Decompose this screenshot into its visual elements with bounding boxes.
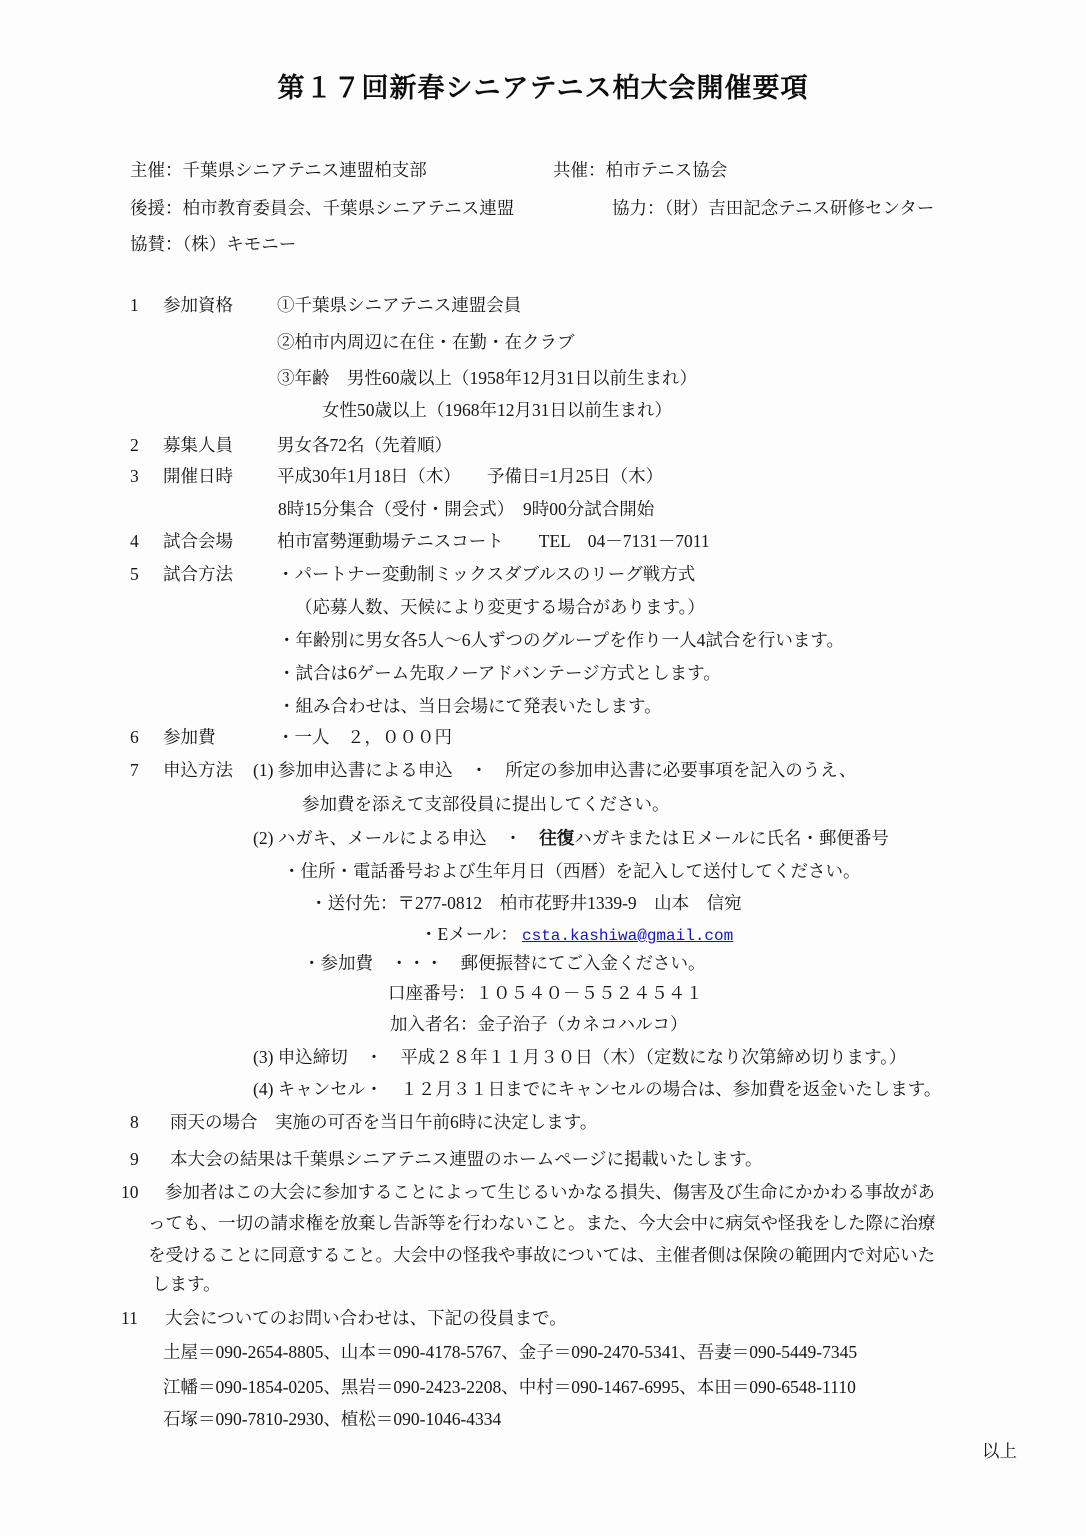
organizer-cooperation: 協力：（財）吉田記念テニス研修センター (612, 196, 934, 220)
item-3-number: 3 (130, 464, 139, 488)
item-4-label: 試合会場 (163, 529, 233, 553)
document-page: 第１７回新春シニアテニス柏大会開催要項 主催：千葉県シニアテニス連盟柏支部 共催… (0, 0, 1086, 1536)
item-5-line-1: ・パートナー変動制ミックスダブルスのリーグ戦方式 (277, 562, 695, 586)
item-5-line-4: ・試合は6ゲーム先取ノーアドバンテージ方式とします。 (278, 661, 721, 685)
organizer-line-1: 主催：千葉県シニアテニス連盟柏支部 共催：柏市テニス協会 (0, 158, 1086, 184)
item-4-row: 4 試合会場 柏市富勢運動場テニスコート TEL 04－7131－7011 (0, 529, 1086, 555)
item-7-continuation: (4) キャンセル・ １２月３１日までにキャンセルの場合は、参加費を返金いたしま… (0, 1077, 1086, 1103)
item-7-email-line: ・Eメール： csta.kashiwa@gmail.com (0, 922, 1086, 948)
item-11-line-1: 大会についてのお問い合わせは、下記の役員まで。 (165, 1306, 567, 1330)
item-7-continuation: ・参加費 ・・・ 郵便振替にてご入金ください。 (0, 951, 1086, 977)
item-10-continuation: っても、一切の請求権を放棄し告訴等を行わないこと。また、今大会中に病気や怪我をし… (0, 1211, 1086, 1237)
item-1-continuation: ②柏市内周辺に在住・在勤・在クラブ (0, 330, 1086, 356)
item-8-row: 8 雨天の場合 実施の可否を当日午前6時に決定します。 (0, 1110, 1086, 1136)
item-7-line-2: 参加費を添えて支部役員に提出してください。 (302, 792, 670, 816)
item-4-number: 4 (130, 529, 139, 553)
item-11-phone-list: 土屋＝090-2654-8805、山本＝090-4178-5767、金子＝090… (0, 1340, 1086, 1366)
item-1-line-3: ③年齢 男性60歳以上（1958年12月31日以前生まれ） (277, 366, 697, 390)
email-link[interactable]: csta.kashiwa@gmail.com (522, 927, 733, 945)
item-1-label: 参加資格 (163, 293, 233, 317)
item-6-line-1: ・一人 ２，０００円 (277, 725, 452, 749)
item-10-row: 10 参加者はこの大会に参加することによって生じるいかなる損失、傷害及び生命にか… (0, 1180, 1086, 1206)
item-7-line-3-rest: ハガキまたはＥメールに氏名・郵便番号 (574, 828, 889, 848)
item-10-continuation: します。 (0, 1272, 1086, 1298)
item-9-row: 9 本大会の結果は千葉県シニアテニス連盟のホームページに掲載いたします。 (0, 1147, 1086, 1173)
item-6-row: 6 参加費 ・一人 ２，０００円 (0, 725, 1086, 751)
item-11-row: 11 大会についてのお問い合わせは、下記の役員まで。 (0, 1306, 1086, 1332)
item-7-line-5: ・送付先：〒277-0812 柏市花野井1339-9 山本 信宛 (310, 891, 742, 915)
item-3-line-2: 8時15分集合（受付・開会式） 9時00分試合開始 (278, 497, 654, 521)
item-7-continuation: (2) ハガキ、メールによる申込 ・ 往復ハガキまたはＥメールに氏名・郵便番号 (0, 826, 1086, 852)
item-5-continuation: ・試合は6ゲーム先取ノーアドバンテージ方式とします。 (0, 661, 1086, 687)
item-7-continuation: ・送付先：〒277-0812 柏市花野井1339-9 山本 信宛 (0, 891, 1086, 917)
page-title: 第１７回新春シニアテニス柏大会開催要項 (0, 66, 1086, 105)
item-9-line-1: 本大会の結果は千葉県シニアテニス連盟のホームページに掲載いたします。 (170, 1147, 763, 1171)
item-1-row: 1 参加資格 ①千葉県シニアテニス連盟会員 (0, 293, 1086, 319)
item-11-phone-list: 江幡＝090-1854-0205、黒岩＝090-2423-2208、中村＝090… (0, 1375, 1086, 1401)
item-3-row: 3 開催日時 平成30年1月18日（木） 予備日=1月25日（木） (0, 464, 1086, 490)
item-7-line-11: (4) キャンセル・ １２月３１日までにキャンセルの場合は、参加費を返金いたしま… (253, 1077, 941, 1101)
item-7-line-3-bold: 往復 (539, 828, 574, 848)
item-1-number: 1 (130, 293, 139, 317)
organizer-support: 後援：柏市教育委員会、千葉県シニアテニス連盟 (130, 196, 514, 220)
organizer-line-3: 協賛：（株）キモニー (0, 232, 1086, 258)
phone-line-1: 土屋＝090-2654-8805、山本＝090-4178-5767、金子＝090… (163, 1340, 857, 1364)
item-7-continuation: 加入者名：金子治子（カネコハルコ） (0, 1012, 1086, 1038)
item-10-number: 10 (121, 1180, 139, 1204)
item-7-account-holder: 加入者名：金子治子（カネコハルコ） (390, 1012, 688, 1036)
item-8-number: 8 (130, 1110, 139, 1134)
item-7-row: 7 申込方法 (1) 参加申込書による申込 ・ 所定の参加申込書に必要事項を記入… (0, 758, 1086, 784)
item-11-number: 11 (121, 1306, 138, 1330)
item-9-number: 9 (130, 1147, 139, 1171)
item-7-continuation: 参加費を添えて支部役員に提出してください。 (0, 792, 1086, 818)
item-3-line-1: 平成30年1月18日（木） 予備日=1月25日（木） (277, 464, 663, 488)
item-5-continuation: ・年齢別に男女各5人～6人ずつのグループを作り一人4試合を行います。 (0, 628, 1086, 654)
organizer-line-2: 後援：柏市教育委員会、千葉県シニアテニス連盟 協力：（財）吉田記念テニス研修セン… (0, 196, 1086, 222)
item-7-account-number: 口座番号：１０５４０－５５２４５４１ (388, 981, 703, 1005)
item-7-label: 申込方法 (163, 758, 233, 782)
item-2-row: 2 募集人員 男女各72名（先着順） (0, 433, 1086, 459)
item-5-line-5: ・組み合わせは、当日会場にて発表いたします。 (278, 694, 662, 718)
item-10-continuation: を受けることに同意すること。大会中の怪我や事故については、主催者側は保険の範囲内… (0, 1243, 1086, 1269)
item-7-line-4: ・住所・電話番号および生年月日（西暦）を記入して送付してください。 (283, 859, 861, 883)
organizer-sponsor: 協賛：（株）キモニー (130, 232, 296, 256)
item-5-continuation: ・組み合わせは、当日会場にて発表いたします。 (0, 694, 1086, 720)
item-7-email-label: ・Eメール： (420, 922, 518, 946)
item-5-label: 試合方法 (163, 562, 233, 586)
organizer-cohost: 共催：柏市テニス協会 (553, 158, 727, 182)
item-11-phone-list: 石塚＝090-7810-2930、植松＝090-1046-4334 (0, 1407, 1086, 1433)
organizer-host: 主催：千葉県シニアテニス連盟柏支部 (130, 158, 427, 182)
item-5-continuation: （応募人数、天候により変更する場合があります。） (0, 595, 1086, 621)
item-7-continuation: 口座番号：１０５４０－５５２４５４１ (0, 981, 1086, 1007)
item-1-continuation: 女性50歳以上（1968年12月31日以前生まれ） (0, 398, 1086, 424)
item-3-label: 開催日時 (163, 464, 233, 488)
item-10-line-4: します。 (152, 1272, 221, 1296)
item-2-number: 2 (130, 433, 139, 457)
item-5-row: 5 試合方法 ・パートナー変動制ミックスダブルスのリーグ戦方式 (0, 562, 1086, 588)
item-6-label: 参加費 (163, 725, 216, 749)
phone-line-3: 石塚＝090-7810-2930、植松＝090-1046-4334 (163, 1407, 501, 1431)
item-7-line-3-pre: (2) ハガキ、メールによる申込 ・ (253, 828, 539, 848)
item-5-line-2: （応募人数、天候により変更する場合があります。） (295, 595, 705, 619)
phone-line-2: 江幡＝090-1854-0205、黒岩＝090-2423-2208、中村＝090… (163, 1375, 856, 1399)
item-1-line-2: ②柏市内周辺に在住・在勤・在クラブ (277, 330, 575, 354)
item-7-continuation: (3) 申込締切 ・ 平成２８年１１月３０日（木）（定数になり次第締め切ります。… (0, 1045, 1086, 1071)
item-8-line-1: 雨天の場合 実施の可否を当日午前6時に決定します。 (170, 1110, 597, 1134)
item-1-continuation: ③年齢 男性60歳以上（1958年12月31日以前生まれ） (0, 366, 1086, 392)
item-1-line-1: ①千葉県シニアテニス連盟会員 (277, 293, 521, 317)
item-2-label: 募集人員 (163, 433, 233, 457)
item-1-line-4: 女性50歳以上（1968年12月31日以前生まれ） (322, 398, 672, 422)
item-7-number: 7 (130, 758, 139, 782)
item-4-line-1: 柏市富勢運動場テニスコート TEL 04－7131－7011 (277, 529, 710, 553)
item-3-continuation: 8時15分集合（受付・開会式） 9時00分試合開始 (0, 497, 1086, 523)
item-7-line-10: (3) 申込締切 ・ 平成２８年１１月３０日（木）（定数になり次第締め切ります。… (253, 1045, 906, 1069)
item-10-line-3: を受けることに同意すること。大会中の怪我や事故については、主催者側は保険の範囲内… (148, 1243, 935, 1267)
item-10-line-1: 参加者はこの大会に参加することによって生じるいかなる損失、傷害及び生命にかかわる… (165, 1180, 935, 1204)
item-5-line-3: ・年齢別に男女各5人～6人ずつのグループを作り一人4試合を行います。 (278, 628, 844, 652)
item-7-continuation: ・住所・電話番号および生年月日（西暦）を記入して送付してください。 (0, 859, 1086, 885)
item-7-line-1: (1) 参加申込書による申込 ・ 所定の参加申込書に必要事項を記入のうえ、 (253, 758, 856, 782)
item-6-number: 6 (130, 725, 139, 749)
item-2-line-1: 男女各72名（先着順） (277, 433, 452, 457)
item-7-line-7: ・参加費 ・・・ 郵便振替にてご入金ください。 (303, 951, 706, 975)
item-7-line-3: (2) ハガキ、メールによる申込 ・ 往復ハガキまたはＥメールに氏名・郵便番号 (253, 826, 889, 850)
closing-mark: 以上 (982, 1438, 1017, 1463)
item-10-line-2: っても、一切の請求権を放棄し告訴等を行わないこと。また、今大会中に病気や怪我をし… (148, 1211, 936, 1235)
item-5-number: 5 (130, 562, 139, 586)
